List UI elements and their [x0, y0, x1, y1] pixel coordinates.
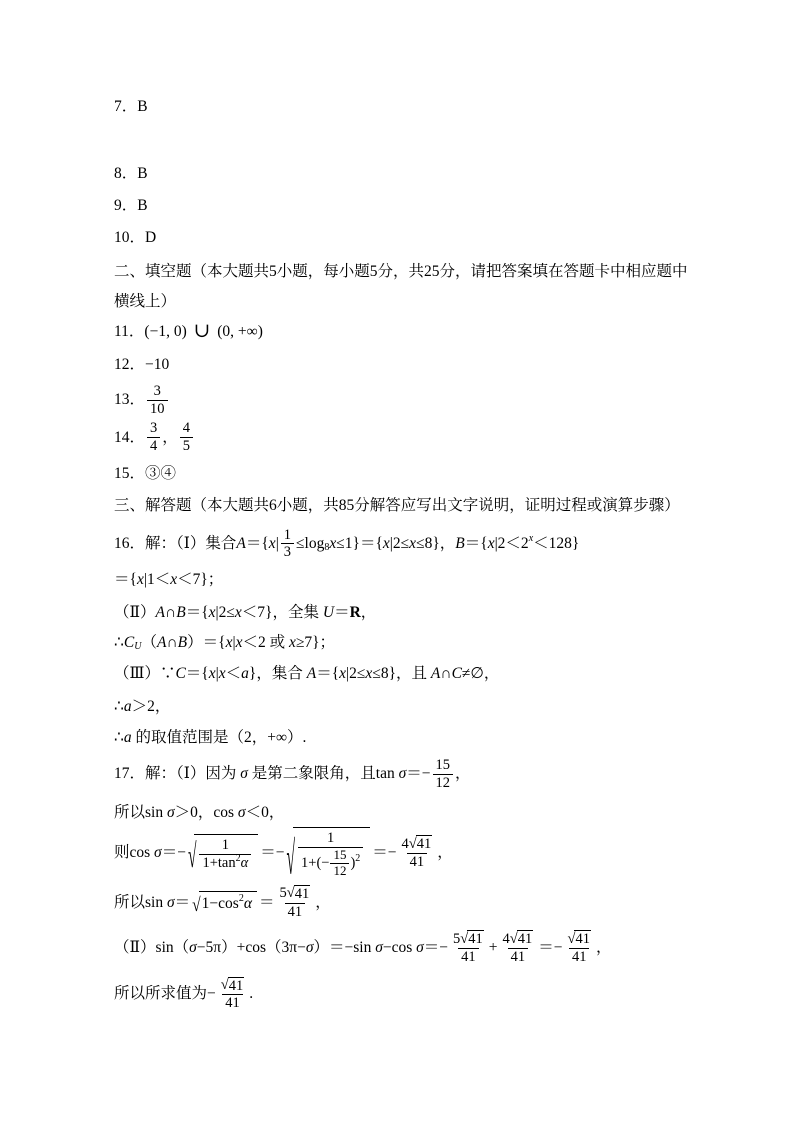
var-alpha: α [244, 894, 252, 914]
text-fragment: ＝{ [316, 664, 339, 684]
var-x: x [236, 633, 243, 653]
var-a: a [241, 664, 249, 684]
answer-line-9: 9．B [114, 196, 692, 216]
answer-line-7: 7．B [114, 97, 692, 117]
solution-16-line-4: ∴CU（A∩B）＝{x|x＜2 或 x≥7}； [114, 633, 692, 653]
solution-16-line-7: ∴a 的取值范围是（2，+∞）. [114, 728, 692, 748]
radicand: 41 [416, 835, 433, 853]
text-fragment: ＝− [372, 843, 396, 863]
complement-C: C [124, 633, 134, 653]
radicand: 11+(−1512)2 [293, 827, 370, 879]
union-symbol: ∪ [191, 320, 214, 342]
fraction-numerator: 1 [219, 837, 232, 854]
fraction-numerator: 5√41 [276, 885, 313, 903]
text-fragment: 则cos [114, 843, 154, 863]
fraction: 34 [147, 420, 160, 454]
item-number: 14． [114, 428, 145, 448]
answer-line-8: 8．B [114, 164, 692, 184]
set-R: R [350, 603, 361, 623]
fraction-denominator: 1+(−1512)2 [298, 847, 363, 879]
fraction: 4√4141 [500, 930, 537, 965]
var-a: a [124, 728, 132, 748]
var-sigma: σ [167, 803, 175, 823]
intersect-symbol: ∩ [440, 664, 451, 684]
therefore-symbol: ∴ [114, 697, 124, 717]
text-fragment: 4 [402, 836, 409, 853]
solution-16-line-1: 16．解：（Ⅰ）集合A＝{x|13≤log8x≤1}＝{x|2≤x≤8}，B＝{… [114, 527, 692, 561]
fill-answer-15: 15．③④ [114, 464, 692, 484]
text-fragment: 4 [503, 931, 510, 948]
intersect-symbol: ∩ [165, 603, 176, 623]
text-fragment: ， [455, 764, 471, 784]
radicand: 41 [517, 930, 534, 948]
var-A: A [431, 664, 440, 684]
text-fragment: ）＝{ [187, 633, 225, 653]
text-fragment: ≤log [296, 534, 324, 554]
var-x: x [289, 633, 296, 653]
fraction: 5√4141 [450, 930, 487, 965]
fraction: 45 [180, 420, 193, 454]
var-B: B [176, 603, 185, 623]
fraction-denominator: 4 [147, 437, 160, 455]
text-fragment: 1−cos [202, 894, 239, 914]
fraction-denominator: 41 [569, 948, 590, 966]
solution-17-line-4: 所以sin σ＝ √1−cos2α ＝ 5√4141 ， [114, 885, 692, 920]
fraction-denominator: 41 [458, 948, 479, 966]
page-content: 7．B 8．B 9．B 10．D 二、填空题（本大题共5小题，每小题5分，共25… [114, 97, 692, 1012]
var-sigma: σ [306, 938, 314, 958]
text-fragment: ≤8}，且 [372, 664, 431, 684]
fraction-numerator: 5√41 [450, 930, 487, 948]
radicand: 11+tan2α [194, 834, 258, 871]
var-sigma: σ [416, 938, 424, 958]
text-fragment: ＝ [259, 893, 275, 913]
var-x: x [170, 570, 177, 590]
interval-right: (0, +∞) [213, 323, 263, 340]
text-fragment: ＞2， [132, 697, 171, 717]
text-fragment: | [276, 534, 279, 554]
solution-17-line-1: 17．解：（Ⅰ）因为 σ 是第二象限角，且tan σ＝−1512， [114, 757, 692, 791]
radical-sign: √ [188, 841, 197, 875]
text-fragment: ＜2 或 [242, 633, 289, 653]
text-fragment: ， [361, 603, 377, 623]
var-x: x [488, 534, 495, 554]
text-fragment: ， [437, 843, 453, 863]
text-fragment: ＝− [260, 843, 284, 863]
radical-sign: √ [192, 895, 201, 914]
section-3-header: 三、解答题（本大题共6小题，共85分解答应写出文字说明，证明过程或演算步骤） [114, 496, 692, 516]
text-fragment: . [249, 984, 253, 1004]
answer-line-10: 10．D [114, 228, 692, 248]
text-fragment: ＜0， [246, 803, 285, 823]
text-fragment: ＝{ [114, 570, 137, 590]
therefore-symbol: ∴ [114, 633, 124, 653]
solution-16-line-2: ＝{x|1＜x＜7}； [114, 570, 692, 590]
fraction-denominator: 3 [281, 543, 294, 561]
exponent-2: 2 [355, 853, 360, 865]
text-fragment: ＜7}； [177, 570, 223, 590]
solution-16-line-6: ∴a＞2， [114, 697, 692, 717]
text-fragment: |2≤ [216, 603, 235, 623]
fraction-numerator: 1 [324, 830, 337, 847]
var-A: A [157, 633, 166, 653]
var-x: x [137, 570, 144, 590]
text-fragment: ＜7}，全集 [242, 603, 323, 623]
text-fragment: ＝− [424, 938, 448, 958]
text-fragment: 的取值范围是（2，+∞）. [132, 728, 307, 748]
plus-symbol: + [489, 938, 498, 958]
document-page: 7．B 8．B 9．B 10．D 二、填空题（本大题共5小题，每小题5分，共25… [0, 0, 794, 1123]
solution-16-line-5: （Ⅲ）∵C＝{x|x＜a}，集合 A＝{x|2≤x≤8}，且 A∩C≠∅， [114, 664, 692, 684]
therefore-symbol: ∴ [114, 728, 124, 748]
sqrt: √11+tan2α [188, 834, 258, 871]
var-x: x [235, 603, 242, 623]
var-x: x [219, 664, 226, 684]
fraction-numerator: 3 [151, 383, 164, 400]
text-fragment: （ [141, 633, 157, 653]
fraction-denominator: 12 [433, 774, 454, 792]
text-fragment: |2≤ [346, 664, 365, 684]
text-fragment: }，集合 [249, 664, 307, 684]
radicand: 41 [228, 977, 245, 995]
text-fragment: 所以sin [114, 803, 167, 823]
text-fragment: ≤8}， [416, 534, 455, 554]
var-sigma: σ [189, 938, 197, 958]
solution-17-line-3: 则cos σ＝− √11+tan2α ＝− √11+(−1512)2 ＝− 4√… [114, 827, 692, 879]
fraction-numerator: √41 [564, 930, 593, 948]
var-x: x [209, 603, 216, 623]
text-fragment: ＝{ [186, 664, 209, 684]
radical-sign: √ [287, 838, 296, 885]
log-base: 8 [324, 538, 329, 558]
solution-16-line-3: （Ⅱ）A∩B＝{x|2≤x＜7}，全集 U＝R， [114, 603, 692, 623]
fraction-denominator: 12 [330, 863, 349, 879]
fraction-numerator: 4 [180, 420, 193, 437]
fraction-numerator: 15 [433, 757, 454, 774]
text-fragment: 5 [279, 885, 286, 902]
var-x: x [339, 664, 346, 684]
var-x: x [409, 534, 416, 554]
text-fragment: ＝ [334, 603, 350, 623]
text-fragment: ＝− [162, 843, 186, 863]
fraction-denominator: 1+tan2α [199, 854, 251, 872]
fraction: 1512 [433, 757, 454, 791]
var-sigma: σ [167, 893, 175, 913]
text-fragment: ， [596, 938, 612, 958]
text-fragment: ＝ [175, 893, 191, 913]
fraction: 11+tan2α [199, 837, 251, 871]
text-fragment: 是第二象限角，且tan [248, 764, 399, 784]
sqrt: √1−cos2α [192, 891, 257, 914]
var-x: x [209, 664, 216, 684]
text-fragment: −5π）+cos（3π− [197, 938, 306, 958]
var-B: B [178, 633, 187, 653]
text-fragment: ＜ [226, 664, 242, 684]
fraction-numerator: 1 [281, 527, 294, 544]
fraction-denominator: 41 [508, 948, 529, 966]
radicand: 1−cos2α [199, 891, 257, 914]
fill-answer-12: 12．−10 [114, 355, 692, 375]
var-C: C [175, 664, 185, 684]
text-fragment: ＞0，cos [175, 803, 238, 823]
var-U: U [323, 603, 334, 623]
fraction-denominator: 41 [407, 853, 428, 871]
var-x: x [226, 633, 233, 653]
interval-left: 11．(−1, 0) [114, 323, 191, 340]
var-sigma: σ [240, 764, 248, 784]
text-fragment: （Ⅱ） [114, 603, 156, 623]
var-x: x [383, 534, 390, 554]
fill-answer-13: 13． 310 [114, 383, 692, 417]
text-fragment: ＝− [406, 764, 430, 784]
text-fragment: 17．解：（Ⅰ）因为 [114, 764, 240, 784]
subscript-U: U [134, 637, 141, 657]
var-x: x [365, 664, 372, 684]
text-fragment: ＝{ [246, 534, 269, 554]
var-C: C [452, 664, 462, 684]
text-fragment: |1＜ [144, 570, 170, 590]
solution-17-line-2: 所以sin σ＞0，cos σ＜0， [114, 803, 692, 823]
fraction-numerator: 4√41 [500, 930, 537, 948]
text-fragment: 所以所求值为− [114, 984, 216, 1004]
fraction-denominator: 10 [147, 400, 168, 418]
text-fragment: ）＝−sin [313, 938, 375, 958]
text-fragment: ＝{ [465, 534, 488, 554]
fraction: √4141 [564, 930, 593, 965]
text-fragment: −cos [383, 938, 416, 958]
fraction: √4141 [218, 977, 247, 1012]
text-fragment: |2≤ [390, 534, 409, 554]
item-number: 13． [114, 390, 145, 410]
text-fragment: ＜128} [533, 534, 579, 554]
var-sigma: σ [399, 764, 407, 784]
var-A: A [156, 603, 165, 623]
fraction-denominator: 41 [285, 903, 306, 921]
var-a: a [124, 697, 132, 717]
radicand: 41 [294, 885, 311, 903]
var-alpha: α [241, 855, 249, 872]
exponent-2: 2 [236, 853, 241, 865]
fraction: 310 [147, 383, 168, 417]
section-2-header: 二、填空题（本大题共5小题，每小题5分，共25分，请把答案填在答题卡中相应题中横… [114, 257, 692, 317]
fraction-numerator: √41 [218, 977, 247, 995]
var-sigma: σ [154, 843, 162, 863]
text-fragment: 5 [453, 931, 460, 948]
text-fragment: ， [315, 893, 331, 913]
text-fragment: （Ⅱ）sin（ [114, 938, 189, 958]
var-sigma: σ [375, 938, 383, 958]
radicand: 41 [467, 930, 484, 948]
text-fragment: 1+(− [301, 855, 329, 872]
var-x: x [329, 534, 336, 554]
fraction-numerator: 3 [147, 420, 160, 437]
text-fragment: ≥7}； [296, 633, 335, 653]
intersect-symbol: ∩ [166, 633, 177, 653]
text-fragment: 16．解：（Ⅰ）集合 [114, 534, 236, 554]
solution-17-line-5: （Ⅱ）sin（σ−5π）+cos（3π−σ）＝−sin σ−cos σ＝− 5√… [114, 930, 692, 965]
fraction: 4√4141 [399, 835, 436, 870]
text-fragment: （Ⅲ）∵ [114, 664, 175, 684]
var-x: x [269, 534, 276, 554]
sqrt: √11+(−1512)2 [287, 827, 371, 879]
comma: ， [162, 428, 178, 448]
var-A: A [307, 664, 316, 684]
fraction-numerator: 4√41 [399, 835, 436, 853]
fill-answer-14: 14． 34 ， 45 [114, 420, 692, 454]
var-sigma: σ [238, 803, 246, 823]
solution-17-line-6: 所以所求值为− √4141 . [114, 977, 692, 1012]
text-fragment: 所以sin [114, 893, 167, 913]
text-fragment: ≠∅， [462, 664, 500, 684]
text-fragment: 1+tan [202, 855, 235, 872]
var-B: B [455, 534, 464, 554]
var-A: A [236, 534, 245, 554]
fraction: 1512 [330, 848, 349, 879]
text-fragment: ≤1}＝{ [336, 534, 383, 554]
radicand: 41 [574, 930, 591, 948]
exponent-x: x [529, 529, 533, 549]
fraction: 13 [281, 527, 294, 561]
fraction-numerator: 15 [330, 848, 349, 863]
fill-answer-11: 11．(−1, 0) ∪ (0, +∞) [114, 320, 692, 342]
fraction-denominator: 5 [180, 437, 193, 455]
fraction: 11+(−1512)2 [298, 830, 363, 879]
fraction-denominator: 41 [222, 994, 243, 1012]
fraction: 5√4141 [276, 885, 313, 920]
exponent-2: 2 [239, 889, 244, 909]
text-fragment: |2＜2 [495, 534, 529, 554]
text-fragment: ＝{ [186, 603, 209, 623]
text-fragment: ＝− [538, 938, 562, 958]
